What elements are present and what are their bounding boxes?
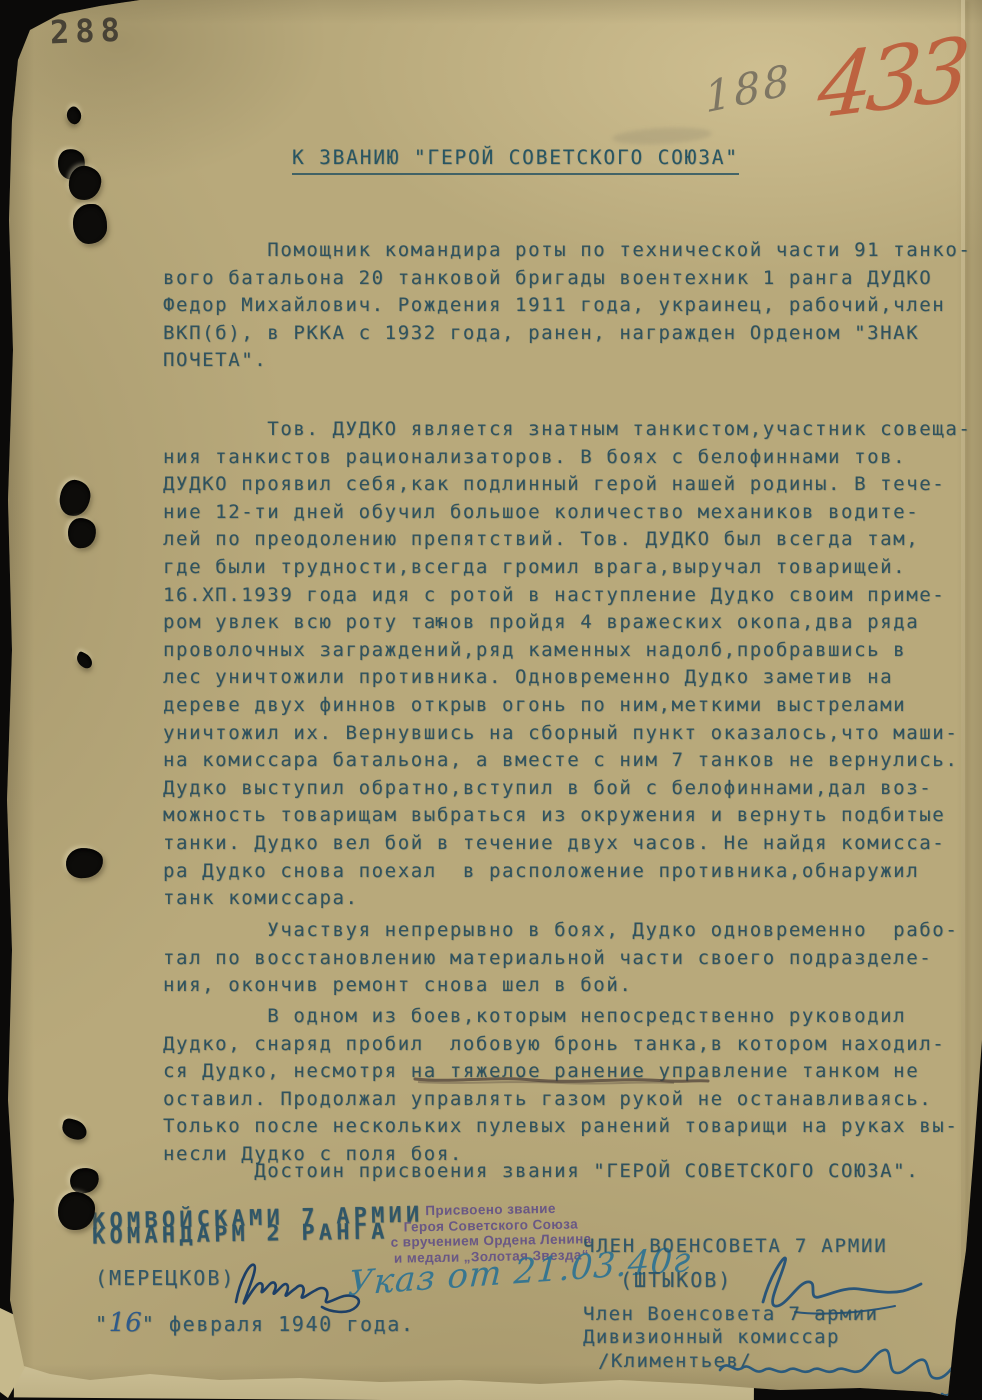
archive-page-number: 288 <box>49 11 126 52</box>
document-page: 288 188 433 К ЗВАНИЮ "ГЕРОЙ СОВЕТСКОГО С… <box>0 0 982 1400</box>
ink-smudge <box>612 125 713 146</box>
body-line: где были трудности,всегда громил врага,в… <box>163 554 973 582</box>
red-pencil-mark: 433 <box>815 26 968 131</box>
body-line: вого батальона 20 танковой бригады воент… <box>163 265 973 293</box>
body-line: 16.ХП.1939 года идя с ротой в наступлени… <box>163 582 973 610</box>
body-line: танки. Дудко вел бой в течение двух часо… <box>163 830 973 858</box>
body-line: дереве двух финнов открыв огонь по ним,м… <box>163 692 973 720</box>
council-member-title-line: Член Военсовета 7 армии <box>583 1303 878 1325</box>
body-line: Только после нескольких пулевых ранений … <box>163 1113 973 1141</box>
shtykov-name: (ШТЫКОВ) <box>620 1268 732 1292</box>
paragraph-conclusion: Достоин присвоения звания "ГЕРОЙ СОВЕТСК… <box>163 1158 973 1186</box>
meretskov-name: (МЕРЕЦКОВ) <box>95 1266 235 1290</box>
body-line: можность товарищам выбраться из окружени… <box>163 802 973 830</box>
pencil-underline <box>412 1072 712 1086</box>
body-line: ВКП(б), в РККА с 1932 года, ранен, награ… <box>163 320 973 348</box>
body-line: Помощник командира роты по технической ч… <box>163 237 973 265</box>
commander-rank-line: КОМАНДАРМ 2 РАНГА <box>92 1219 389 1249</box>
body-line: уничтожил их. Вернувшись на сборный пунк… <box>163 720 973 748</box>
pencil-page-number: 188 <box>703 55 794 123</box>
body-line: ние 12-ти дней обучил большое количество… <box>163 499 973 527</box>
punch-hole <box>74 651 95 670</box>
body-line: на комиссара батальона, а вместе с ним 7… <box>163 747 973 775</box>
punch-hole <box>63 105 85 127</box>
document-photo: 288 188 433 К ЗВАНИЮ "ГЕРОЙ СОВЕТСКОГО С… <box>0 0 982 1400</box>
paragraph-service-record: Помощник командира роты по технической ч… <box>163 237 973 375</box>
punch-hole <box>58 478 93 518</box>
body-line: В одном из боев,которым непосредственно … <box>163 1003 973 1031</box>
date-quote-open: " <box>95 1312 109 1336</box>
body-line: оставил. Продолжал управлять газом рукой… <box>163 1086 973 1114</box>
body-line: ния, окончив ремонт снова шел в бой. <box>163 972 973 1000</box>
body-line: Участвуя непрерывно в боях, Дудко одновр… <box>163 917 973 945</box>
body-line: ром увлек всю роту танков пройдя 4 враже… <box>163 609 973 637</box>
punch-hole <box>67 517 98 550</box>
body-line: Дудко выступил обратно,вступил в бой с б… <box>163 775 973 803</box>
punch-hole <box>60 1117 89 1141</box>
body-line: ПОЧЕТА". <box>163 347 973 375</box>
body-line: ДУДКО проявил себя,как подлинный герой н… <box>163 471 973 499</box>
paragraph-combat-description: Тов. ДУДКО является знатным танкистом,уч… <box>163 416 973 913</box>
body-line: тал по восстановлению материальной части… <box>163 945 973 973</box>
body-line: ния танкистов рационализаторов. В боях с… <box>163 444 973 472</box>
inserted-letter: к <box>434 607 444 635</box>
body-line: ра Дудко снова поехал в расположение про… <box>163 858 973 886</box>
body-line: Федор Михайлович. Рождения 1911 года, ук… <box>163 292 973 320</box>
body-line: Достоин присвоения звания "ГЕРОЙ СОВЕТСК… <box>163 1158 973 1186</box>
handwritten-day: 16 <box>109 1308 142 1338</box>
punch-hole <box>65 847 104 880</box>
body-line: проволочных заграждений,ряд каменных над… <box>163 637 973 665</box>
punch-hole <box>73 204 107 244</box>
date-line: "16" февраля 1940 года. <box>95 1308 415 1338</box>
body-line: лей по преодолению препятствий. Тов. ДУД… <box>163 526 973 554</box>
paragraph-repair-work: Участвуя непрерывно в боях, Дудко одновр… <box>163 917 973 1000</box>
body-line: Дудко, снаряд пробил лобовую бронь танка… <box>163 1031 973 1059</box>
date-rest: " февраля 1940 года. <box>142 1312 415 1336</box>
body-line: Тов. ДУДКО является знатным танкистом,уч… <box>163 416 973 444</box>
document-title: К ЗВАНИЮ "ГЕРОЙ СОВЕТСКОГО СОЮЗА" <box>292 146 739 175</box>
punch-hole <box>67 164 102 201</box>
punch-hole <box>58 1192 95 1230</box>
body-line: танк комиссара. <box>163 885 973 913</box>
body-line: лес уничтожили противника. Одновременно … <box>163 664 973 692</box>
